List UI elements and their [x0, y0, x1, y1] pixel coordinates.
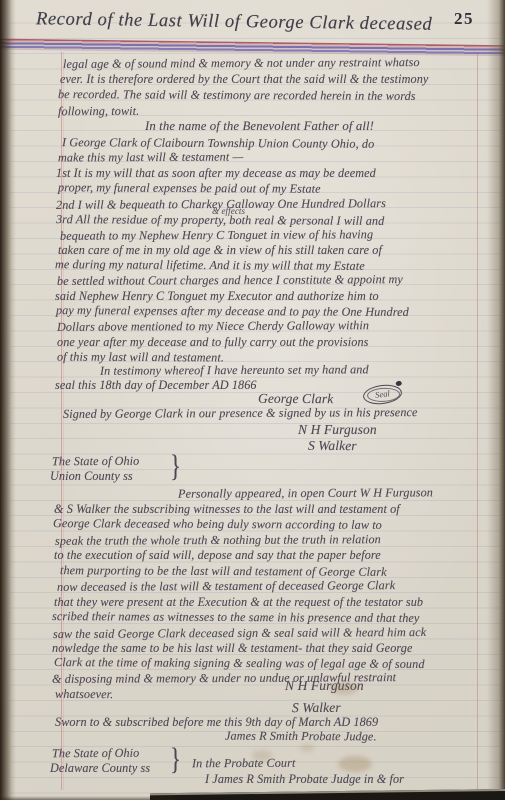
manuscript-line: to the execution of said will, depose an…: [54, 549, 381, 562]
manuscript-line: following, towit.: [58, 105, 139, 118]
manuscript-line: make this my last will & testament —: [58, 151, 243, 165]
manuscript-line: said Nephew Henry C Tonguet my Executor …: [55, 290, 379, 303]
brace-mark: }: [170, 743, 181, 774]
manuscript-line: The State of Ohio: [52, 455, 139, 468]
manuscript-line: In testimony whereof I have hereunto set…: [100, 363, 369, 377]
manuscript-line: be settled without Court charges and hen…: [57, 273, 403, 288]
manuscript-line: pay my funeral expenses after my decease…: [56, 304, 409, 319]
manuscript-line: nowledge the same to be his last will & …: [52, 642, 412, 655]
manuscript-line: ever. It is therefore ordered by the Cou…: [60, 73, 428, 86]
manuscript-line: & S Walker the subscribing witnesses to …: [54, 503, 400, 516]
manuscript-line: In the name of the Benevolent Father of …: [145, 120, 374, 133]
manuscript-line: me during my natural lifetime. And it is…: [55, 258, 365, 273]
manuscript-line: them purporting to be the last will and …: [60, 564, 387, 579]
manuscript-line: one year after my decease and to fully c…: [57, 336, 368, 349]
manuscript-line: Personally appeared, in open Court W H F…: [178, 486, 433, 500]
manuscript-line: S Walker: [308, 439, 357, 452]
manuscript-line: George Clark: [258, 392, 333, 405]
manuscript-line: In the Probate Court: [192, 757, 296, 771]
seal-label: Seal: [375, 389, 391, 399]
manuscript-line: seal this 18th day of December AD 1866: [55, 379, 257, 392]
manuscript-line: whatsoever.: [55, 688, 113, 701]
manuscript-line: bequeath to my Nephew Henry C Tonguet in…: [60, 228, 373, 243]
manuscript-line: legal age & of sound mind & memory & not…: [63, 56, 420, 71]
manuscript-line: James R Smith Probate Judge.: [225, 730, 377, 744]
manuscript-line: 3rd All the residue of my property, both…: [56, 213, 384, 228]
manuscript-line: that they were present at the Execution …: [54, 596, 423, 609]
manuscript-line: 1st It is my will that as soon after my …: [56, 167, 376, 180]
manuscript-line: be recorded. The said will & testimony a…: [58, 88, 416, 103]
manuscript-line: Dollars above mentioned to my Niece Cher…: [57, 319, 369, 334]
manuscript-body: legal age & of sound mind & memory & not…: [0, 0, 505, 800]
manuscript-line: Clark at the time of making signing & se…: [54, 656, 425, 671]
manuscript-line: saw the said George Clark deceased sign …: [53, 626, 426, 641]
manuscript-line: N H Furguson: [298, 423, 377, 436]
manuscript-line: scribed their names as witnesses to the …: [52, 610, 420, 625]
manuscript-line: S Walker: [292, 701, 341, 714]
manuscript-line: The State of Ohio: [52, 747, 139, 760]
manuscript-line: I James R Smith Probate Judge in & for: [205, 773, 404, 786]
manuscript-line: proper, my funeral expenses be paid out …: [58, 181, 321, 195]
manuscript-line: Sworn to & subscribed before me this 9th…: [55, 716, 378, 729]
manuscript-line: Delaware County ss: [50, 762, 150, 775]
manuscript-line: now deceased is the last will & testamen…: [57, 579, 395, 594]
manuscript-line: taken care of me in my old age & in view…: [58, 244, 382, 257]
manuscript-line: N H Furguson: [285, 679, 364, 692]
manuscript-line: I George Clark of Claibourn Township Uni…: [62, 136, 374, 151]
ledger-page: 25 Record of the Last Will of George Cla…: [0, 0, 505, 800]
manuscript-line: Union County ss: [50, 470, 133, 483]
brace-mark: }: [170, 450, 181, 481]
manuscript-line: Signed by George Clark in our presence &…: [63, 406, 418, 421]
manuscript-line: speak the truth the whole truth & nothin…: [55, 533, 381, 548]
manuscript-line: George Clark deceased who being duly swo…: [53, 517, 382, 532]
